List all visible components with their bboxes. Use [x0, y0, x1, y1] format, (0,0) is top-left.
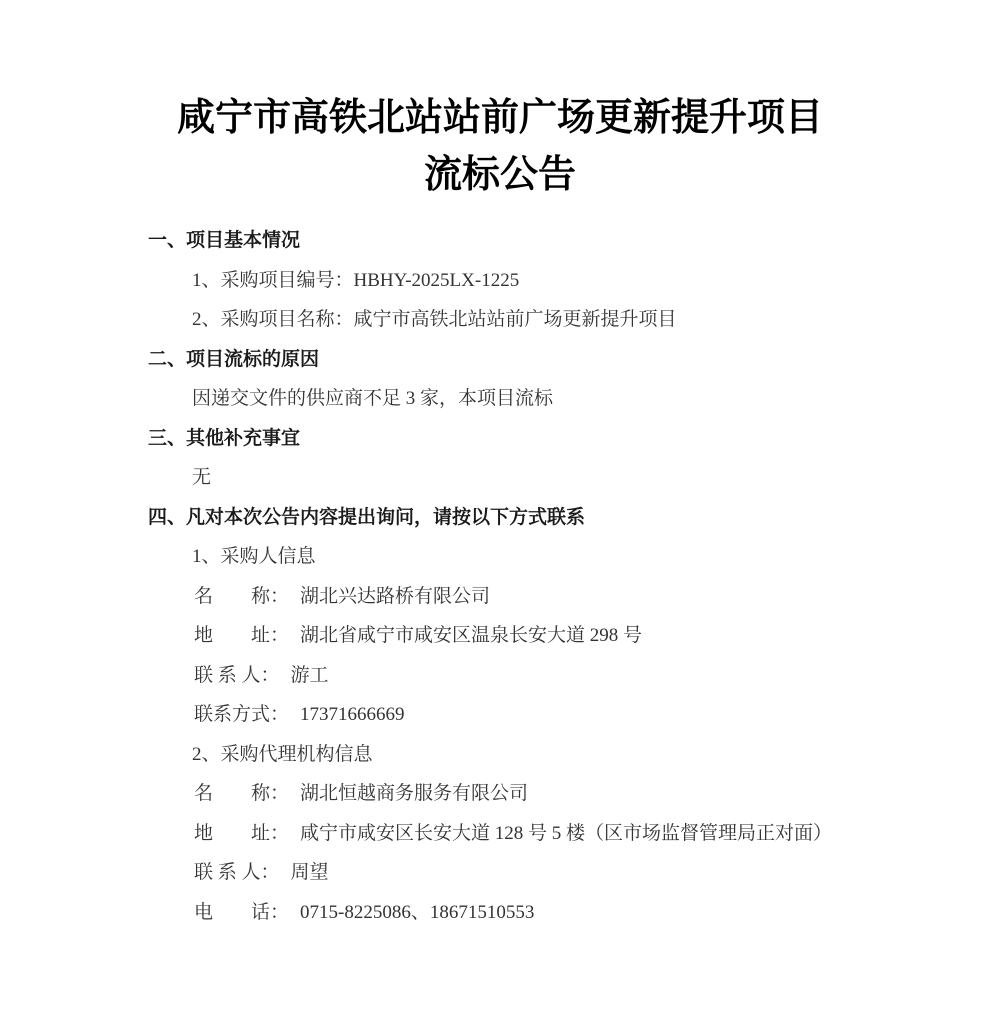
section1-item-project-name: 2、采购项目名称：咸宁市高铁北站站前广场更新提升项目 [148, 300, 908, 340]
purchaser-address-row: 地 址：湖北省咸宁市咸安区温泉长安大道 298 号 [148, 616, 908, 656]
announcement-page: 咸宁市高铁北站站前广场更新提升项目 流标公告 一、项目基本情况 1、采购项目编号… [0, 0, 1000, 1021]
agency-name-value: 湖北恒越商务服务有限公司 [289, 783, 528, 804]
purchaser-address-value: 湖北省咸宁市咸安区温泉长安大道 298 号 [289, 625, 642, 646]
purchaser-contact-person-label: 联 系 人： [194, 665, 280, 686]
document-title: 咸宁市高铁北站站前广场更新提升项目 流标公告 [0, 90, 1000, 204]
agency-address-value: 咸宁市咸安区长安大道 128 号 5 楼（区市场监督管理局正对面） [289, 823, 832, 844]
agency-address-row: 地 址：咸宁市咸安区长安大道 128 号 5 楼（区市场监督管理局正对面） [148, 814, 908, 854]
purchaser-contact-person-value: 游工 [280, 665, 329, 686]
title-line-2: 流标公告 [0, 147, 1000, 204]
section2-heading: 二、项目流标的原因 [148, 340, 908, 380]
agency-phone-label: 电 话： [194, 902, 289, 923]
purchaser-contact-method-label: 联系方式： [194, 704, 289, 725]
agency-contact-person-label: 联 系 人： [194, 862, 280, 883]
title-line-1: 咸宁市高铁北站站前广场更新提升项目 [0, 90, 1000, 147]
section1-heading: 一、项目基本情况 [148, 221, 908, 261]
section2-item-reason: 因递交文件的供应商不足 3 家，本项目流标 [148, 379, 908, 419]
agency-address-label: 地 址： [194, 823, 289, 844]
document-body: 一、项目基本情况 1、采购项目编号：HBHY-2025LX-1225 2、采购项… [148, 221, 908, 932]
agency-info-heading: 2、采购代理机构信息 [148, 735, 908, 775]
purchaser-info-heading: 1、采购人信息 [148, 537, 908, 577]
purchaser-contact-person-row: 联 系 人：游工 [148, 656, 908, 696]
section3-item-none: 无 [148, 458, 908, 498]
agency-name-label: 名 称： [194, 783, 289, 804]
agency-name-row: 名 称：湖北恒越商务服务有限公司 [148, 774, 908, 814]
agency-contact-person-row: 联 系 人：周望 [148, 853, 908, 893]
purchaser-contact-method-value: 17371666669 [289, 704, 405, 725]
agency-contact-person-value: 周望 [280, 862, 329, 883]
purchaser-name-row: 名 称：湖北兴达路桥有限公司 [148, 577, 908, 617]
section1-item-project-number: 1、采购项目编号：HBHY-2025LX-1225 [148, 261, 908, 301]
agency-phone-row: 电 话：0715-8225086、18671510553 [148, 893, 908, 933]
section3-heading: 三、其他补充事宜 [148, 419, 908, 459]
agency-phone-value: 0715-8225086、18671510553 [289, 902, 534, 923]
purchaser-name-label: 名 称： [194, 586, 289, 607]
purchaser-contact-method-row: 联系方式：17371666669 [148, 695, 908, 735]
purchaser-name-value: 湖北兴达路桥有限公司 [289, 586, 490, 607]
section4-heading: 四、凡对本次公告内容提出询问，请按以下方式联系 [148, 498, 908, 538]
purchaser-address-label: 地 址： [194, 625, 289, 646]
